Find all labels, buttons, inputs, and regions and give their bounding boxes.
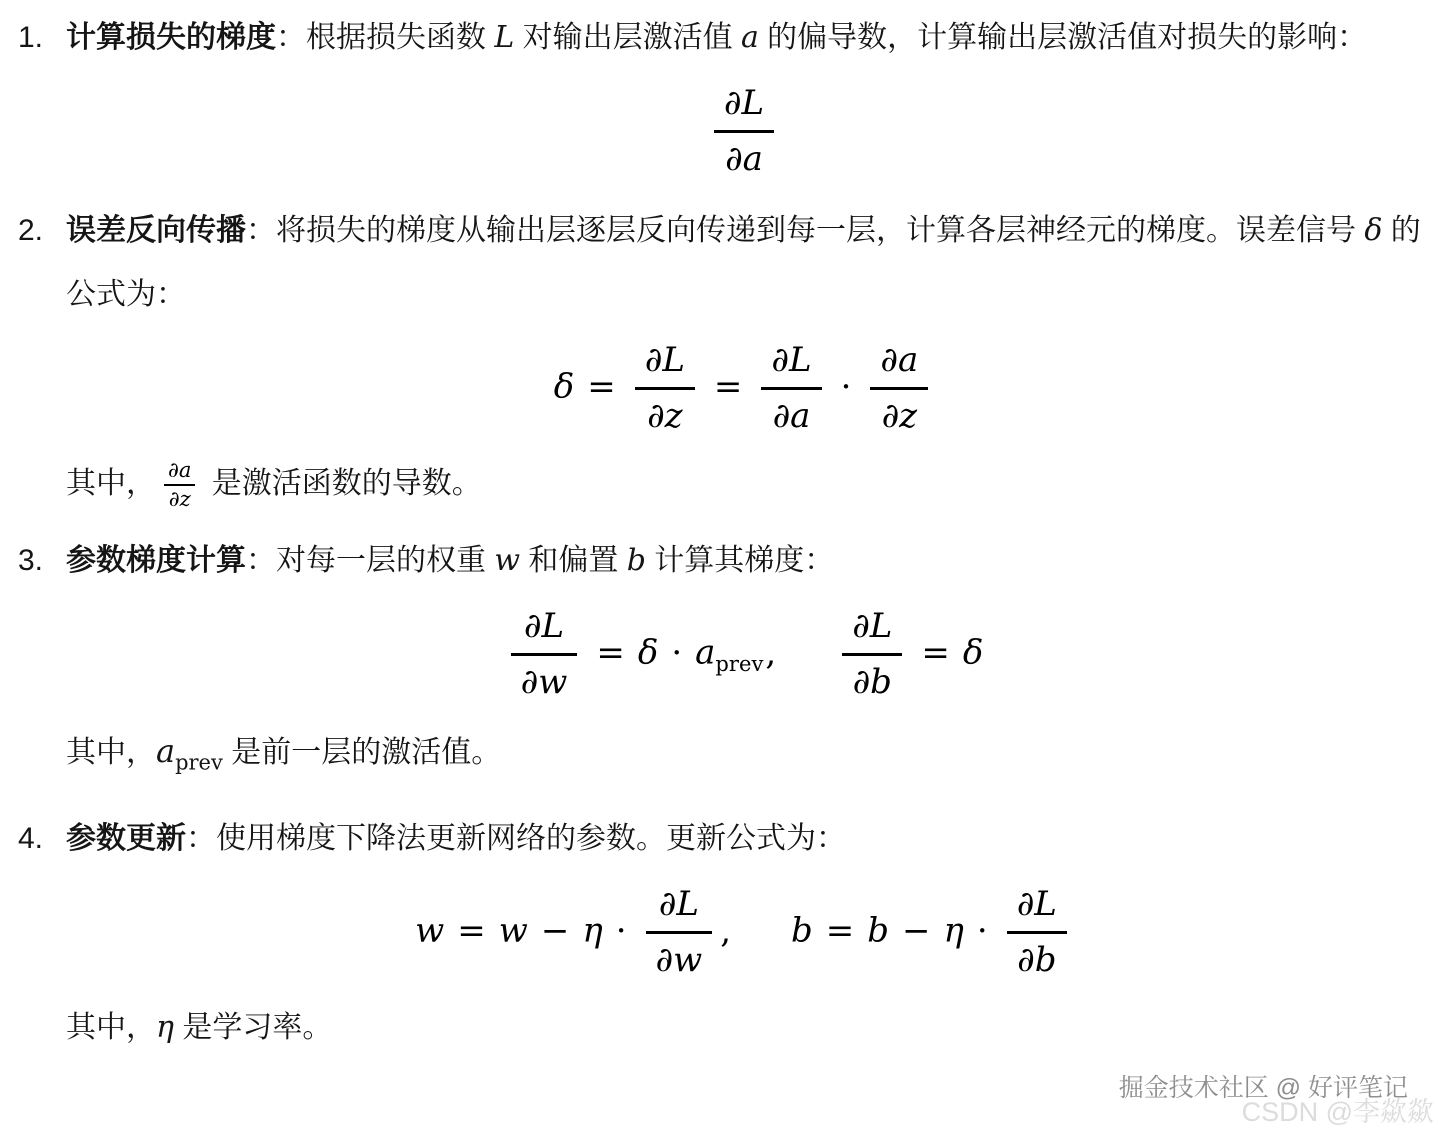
fraction-numerator: ∂L [646, 883, 713, 931]
fraction-denominator: ∂z [870, 387, 928, 438]
list-item-4: 4. 参数更新：使用梯度下降法更新网络的参数。更新公式为： w=w−η·∂L∂w… [18, 807, 1422, 1069]
fraction: ∂L∂a [761, 339, 821, 438]
equals-sign: = [714, 367, 743, 407]
item-label: 误差反向传播 [66, 214, 246, 247]
fraction-numerator: ∂L [714, 82, 774, 130]
math-b: b [791, 911, 813, 951]
fraction-numerator: ∂L [842, 605, 902, 653]
fraction-denominator: ∂b [842, 653, 902, 704]
comma: , [765, 633, 776, 673]
text-segment: 的偏导数，计算输出层激活值对损失的影响： [759, 21, 1367, 54]
note-prev-activation: 其中，aprev 是前一层的激活值。 [66, 719, 1422, 794]
item-text: 计算损失的梯度：根据损失函数 L 对输出层激活值 a 的偏导数，计算输出层激活值… [66, 6, 1422, 70]
fraction-denominator: ∂b [1007, 931, 1067, 982]
minus-sign: − [902, 911, 931, 951]
text-segment: 其中， [66, 467, 156, 500]
item-label: 参数更新 [66, 822, 186, 855]
equals-sign: = [587, 367, 616, 407]
equals-sign: = [596, 633, 625, 673]
inline-fraction: ∂a∂z [164, 459, 195, 512]
fraction: ∂a∂z [870, 339, 928, 438]
text-segment: ：将损失的梯度从输出层逐层反向传递到每一层，计算各层神经元的梯度。误差信号 [246, 214, 1364, 247]
math-eta: η [582, 911, 602, 951]
fraction-denominator: ∂w [646, 931, 713, 982]
fraction: ∂L∂a [714, 82, 774, 181]
note-activation-derivative: 其中，∂a∂z 是激活函数的导数。 [66, 452, 1422, 516]
text-segment: 计算其梯度： [646, 544, 834, 577]
fraction-denominator: ∂a [714, 130, 774, 181]
fraction: ∂L∂b [1007, 883, 1067, 982]
minus-sign: − [541, 911, 570, 951]
math-a-prev: a [156, 732, 175, 770]
fraction-denominator: ∂z [164, 484, 195, 512]
list-item-3: 3. 参数梯度计算：对每一层的权重 w 和偏置 b 计算其梯度： ∂L∂w=δ·… [18, 529, 1422, 803]
cdot-operator: · [671, 633, 682, 673]
fraction-numerator: ∂L [511, 605, 578, 653]
fraction-numerator: ∂a [164, 459, 195, 485]
math-w: w [415, 911, 444, 951]
math-delta: δ [963, 633, 983, 673]
text-segment: 对输出层激活值 [514, 21, 741, 54]
fraction: ∂L∂z [635, 339, 695, 438]
inline-math-L: L [494, 20, 514, 55]
item-number: 3. [18, 529, 66, 803]
inline-math-w: w [494, 543, 520, 578]
item-number: 1. [18, 6, 66, 195]
text-segment: 和偏置 [520, 544, 627, 577]
item-label: 参数梯度计算 [66, 544, 246, 577]
inline-math-b: b [627, 543, 646, 578]
item-label: 计算损失的梯度 [66, 21, 276, 54]
text-segment: 是学习率。 [174, 1011, 332, 1044]
fraction-denominator: ∂a [761, 387, 821, 438]
note-learning-rate: 其中，η 是学习率。 [66, 996, 1422, 1060]
fraction-denominator: ∂z [635, 387, 695, 438]
text-segment: ：使用梯度下降法更新网络的参数。更新公式为： [186, 822, 846, 855]
item-body: 参数梯度计算：对每一层的权重 w 和偏置 b 计算其梯度： ∂L∂w=δ·apr… [66, 529, 1422, 803]
math-a-prev: a [695, 633, 715, 673]
item-text: 参数更新：使用梯度下降法更新网络的参数。更新公式为： [66, 807, 1422, 871]
item-text: 误差反向传播：将损失的梯度从输出层逐层反向传递到每一层，计算各层神经元的梯度。误… [66, 199, 1422, 327]
item-text: 参数梯度计算：对每一层的权重 w 和偏置 b 计算其梯度： [66, 529, 1422, 593]
fraction-numerator: ∂L [635, 339, 695, 387]
math-delta: δ [638, 633, 658, 673]
math-eta: η [944, 911, 964, 951]
equals-sign: = [921, 633, 950, 673]
text-segment: 其中， [66, 1011, 156, 1044]
text-segment: ：对每一层的权重 [246, 544, 494, 577]
formula-update-rule: w=w−η·∂L∂w,b=b−η·∂L∂b [66, 883, 1422, 982]
text-segment: 是前一层的激活值。 [223, 736, 501, 769]
item-number: 2. [18, 199, 66, 525]
list-item-2: 2. 误差反向传播：将损失的梯度从输出层逐层反向传递到每一层，计算各层神经元的梯… [18, 199, 1422, 525]
item-body: 计算损失的梯度：根据损失函数 L 对输出层激活值 a 的偏导数，计算输出层激活值… [66, 6, 1422, 195]
item-body: 参数更新：使用梯度下降法更新网络的参数。更新公式为： w=w−η·∂L∂w,b=… [66, 807, 1422, 1069]
subscript-prev: prev [715, 651, 763, 676]
cdot-operator: · [977, 911, 988, 951]
cdot-operator: · [841, 367, 852, 407]
equals-sign: = [826, 911, 855, 951]
cdot-operator: · [616, 911, 627, 951]
formula-loss-gradient: ∂L∂a [66, 82, 1422, 181]
math-b: b [867, 911, 889, 951]
text-segment: 其中， [66, 736, 156, 769]
math-w: w [499, 911, 528, 951]
inline-math-delta: δ [1364, 213, 1382, 248]
text-segment: 是激活函数的导数。 [203, 467, 481, 500]
inline-math-a: a [741, 20, 759, 55]
fraction-numerator: ∂L [1007, 883, 1067, 931]
fraction: ∂L∂w [646, 883, 713, 982]
fraction: ∂L∂b [842, 605, 902, 704]
watermark-csdn: CSDN @李歘歘 [1242, 1090, 1434, 1128]
fraction-denominator: ∂w [511, 653, 578, 704]
math-eta: η [156, 1010, 174, 1045]
item-number: 4. [18, 807, 66, 1069]
formula-error-signal: δ=∂L∂z=∂L∂a·∂a∂z [66, 339, 1422, 438]
document-body: 1. 计算损失的梯度：根据损失函数 L 对输出层激活值 a 的偏导数，计算输出层… [0, 0, 1438, 1069]
equals-sign: = [457, 911, 486, 951]
formula-parameter-gradients: ∂L∂w=δ·aprev,∂L∂b=δ [66, 605, 1422, 704]
fraction-numerator: ∂a [870, 339, 928, 387]
math-delta: δ [554, 367, 574, 407]
subscript-prev: prev [175, 750, 223, 774]
item-body: 误差反向传播：将损失的梯度从输出层逐层反向传递到每一层，计算各层神经元的梯度。误… [66, 199, 1422, 525]
text-segment: ：根据损失函数 [276, 21, 494, 54]
comma: , [720, 911, 731, 951]
fraction-numerator: ∂L [761, 339, 821, 387]
list-item-1: 1. 计算损失的梯度：根据损失函数 L 对输出层激活值 a 的偏导数，计算输出层… [18, 6, 1422, 195]
fraction: ∂L∂w [511, 605, 578, 704]
